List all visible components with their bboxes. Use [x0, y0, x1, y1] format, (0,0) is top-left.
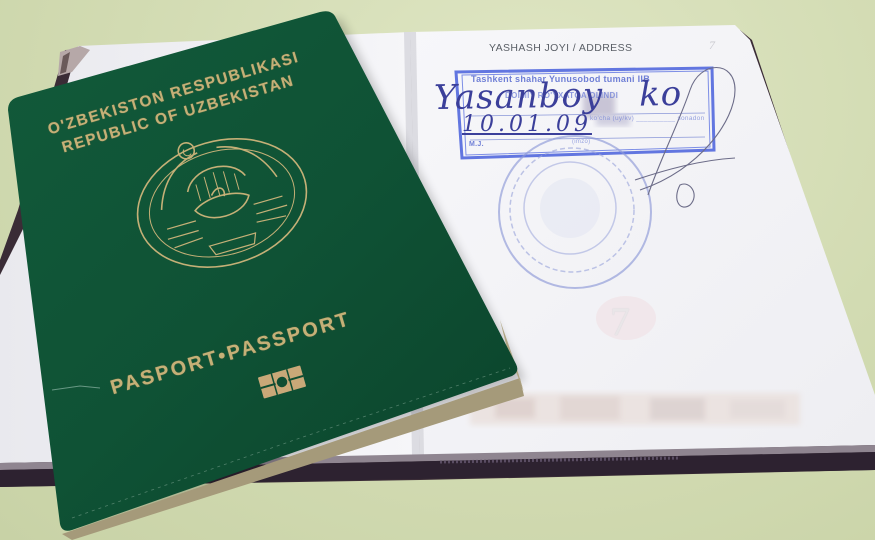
stamp-line-seal-mark: M.J. — [469, 141, 484, 148]
handwritten-date: 10.01.09 — [462, 112, 592, 137]
watermark-number: 7 — [610, 298, 630, 345]
stamp-line-street: ko'cha (uy/kv) __________ sonadon — [590, 115, 705, 122]
stamp-line-signature-label: (imzo) — [572, 139, 590, 145]
page-header: YASHASH JOYI / ADDRESS — [489, 42, 632, 54]
handwritten-street-suffix: ko — [639, 74, 683, 115]
redacted-personal-data — [470, 393, 800, 425]
photo-scene: YASHASH JOYI / ADDRESS 7 Tashkent shahar… — [0, 0, 875, 540]
page-corner-number: 7 — [709, 38, 715, 53]
